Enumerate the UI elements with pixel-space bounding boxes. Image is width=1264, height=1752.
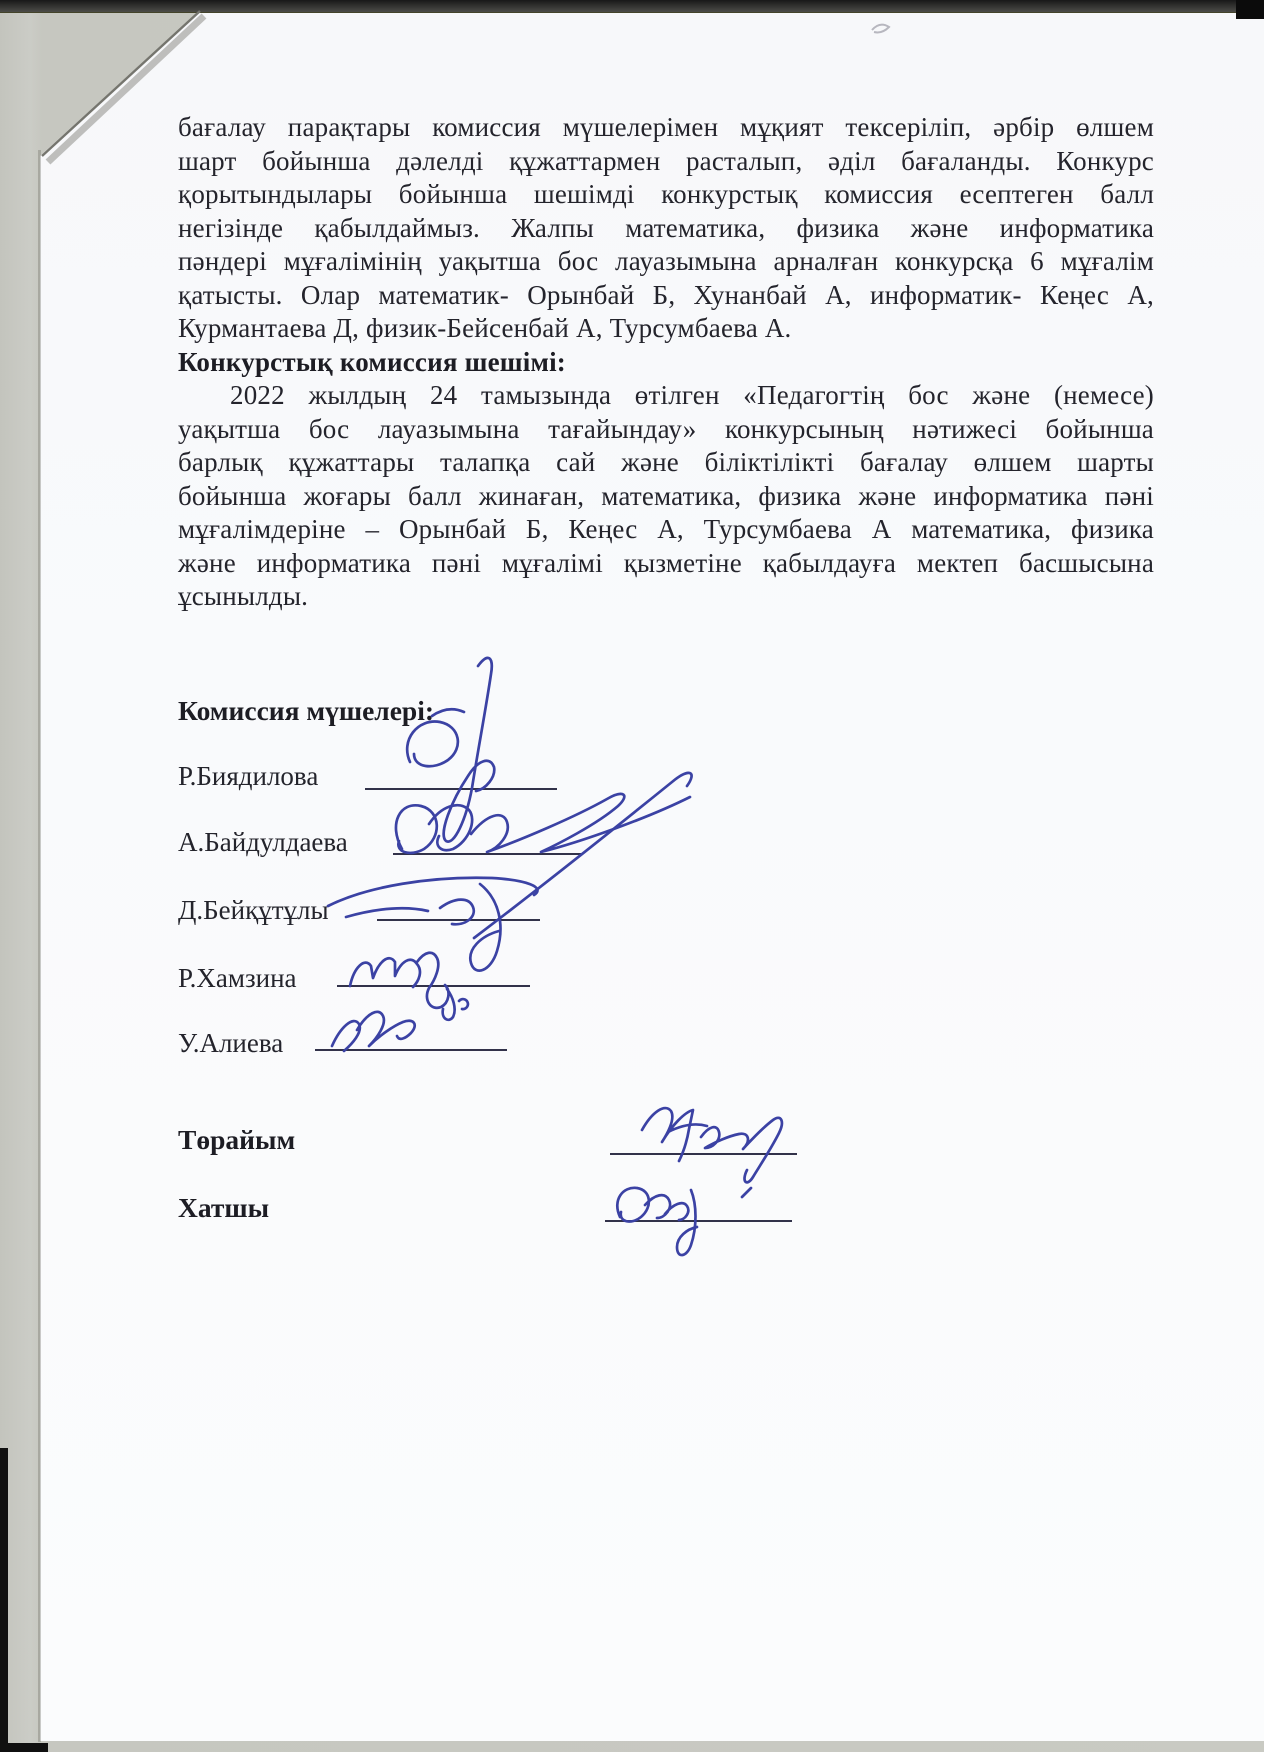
scanned-document-page: бағалау парақтары комиссия мүшелерімен м… bbox=[0, 0, 1264, 1752]
signature-flourish-ink bbox=[474, 773, 692, 938]
signatures-overlay bbox=[0, 0, 1264, 1752]
signature-beikutuly-ink bbox=[328, 878, 538, 971]
fold-edge bbox=[42, 11, 200, 156]
signature-biyadilova-ink bbox=[407, 658, 494, 842]
signature-chairwoman-ink bbox=[642, 1108, 782, 1182]
signature-secretary-ink bbox=[617, 1188, 751, 1255]
signature-khamzina-ink bbox=[350, 953, 468, 1020]
signature-aliyeva-ink bbox=[332, 1012, 415, 1051]
smudge-artifact bbox=[872, 25, 889, 33]
fold-shadow bbox=[48, 16, 204, 162]
